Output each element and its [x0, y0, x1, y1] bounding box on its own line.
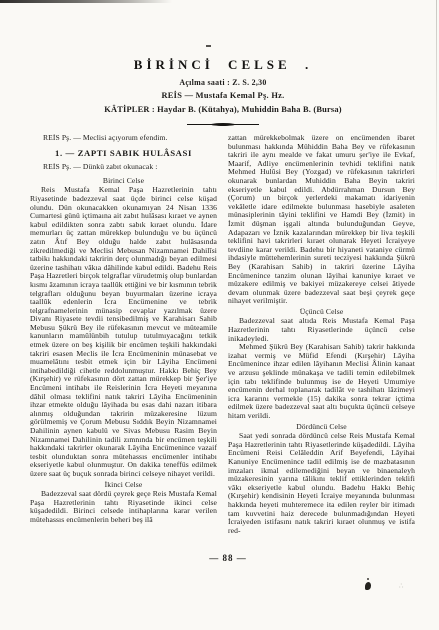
heading-ikinci-celse: İkinci Celse — [30, 481, 217, 490]
page-number: — 88 — — [0, 553, 439, 563]
minutes-second-session-cont: zattan mürekkebolmak üzere on encümenden… — [228, 134, 415, 306]
two-column-text: REİS Pş. — Meclisi açıyorum efendim.1. —… — [30, 134, 416, 535]
decorative-rule — [187, 123, 259, 126]
heading-dorduncu-celse: Dördüncü Celse — [228, 423, 415, 432]
minutes-third-session-body: Mehmed Şükrü Bey (Karahisarı Sahib) takr… — [228, 343, 415, 420]
scanned-document-page: BİRİNCİ CELSE . Açılma saati : Z. S. 2,3… — [0, 0, 439, 630]
minutes-second-session-start: Badezzeval saat dördü çeyrek geçe Reis M… — [30, 490, 217, 524]
heading-birinci-celse: Birinci Celse — [30, 177, 217, 186]
opening-time: Açılma saati : Z. S. 2,30 — [30, 78, 416, 87]
section-heading-zapti-sabik: 1. — ZAPTI SABIK HULÂSASI — [30, 149, 217, 158]
heading-ucuncu-celse: Üçüncü Celse — [228, 308, 415, 317]
minutes-fourth-session: Saat yedi sonrada dördüncü celse Reis Mu… — [228, 432, 415, 535]
minutes-first-session: Reis Mustafa Kemal Paşa Hazretlerinin ta… — [30, 186, 217, 478]
clerks-line: KÂTİPLER : Haydar B. (Kütahya), Muhiddin… — [30, 105, 416, 114]
page-content: BİRİNCİ CELSE . Açılma saati : Z. S. 2,3… — [30, 0, 416, 535]
rule-center-lens — [211, 123, 235, 126]
left-column: REİS Pş. — Meclisi açıyorum efendim.1. —… — [30, 134, 217, 535]
chair-line-2: REİS Pş. — Dünkü zabıt okunacak : — [30, 163, 217, 172]
chair-opening-line: REİS Pş. — Meclisi açıyorum efendim. — [30, 134, 217, 143]
faint-mark-artifact: ∴ — [399, 582, 409, 590]
right-column: zattan mürekkebolmak üzere on encümenden… — [228, 134, 415, 535]
chairman-line: REİS — Mustafa Kemal Pş. Hz. — [30, 91, 416, 100]
ink-blot-artifact — [365, 582, 371, 590]
session-header: BİRİNCİ CELSE . Açılma saati : Z. S. 2,3… — [30, 57, 416, 126]
minutes-third-session-open: Badezzeval saat altıda Reis Mustafa Kema… — [228, 317, 415, 343]
scan-edge-artifact-right — [436, 0, 437, 210]
session-title: BİRİNCİ CELSE . — [30, 57, 416, 73]
